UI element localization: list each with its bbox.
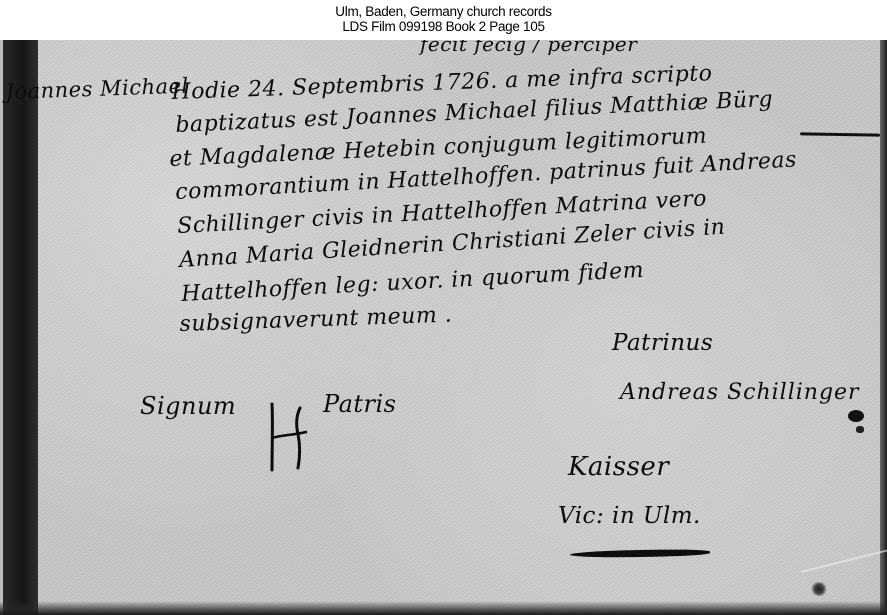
ink-smudge (810, 582, 828, 596)
surname-underline (800, 132, 880, 136)
patrinus-label: Patrinus (612, 330, 713, 356)
film-edge-left (2, 40, 38, 615)
closing-flourish (570, 549, 710, 558)
priest-title: Vic: in Ulm. (558, 503, 701, 529)
record-line-8: subsignaverunt meum . (179, 302, 452, 337)
scanned-register-page: Joannes Michael fecit fecig / perciper H… (0, 40, 887, 615)
film-edge-bottom (0, 601, 887, 615)
paper-crease (801, 549, 887, 573)
caption-film-reference: LDS Film 099198 Book 2 Page 105 (0, 19, 887, 34)
caption-title: Ulm, Baden, Germany church records (0, 4, 887, 19)
ink-blot (856, 426, 864, 433)
ink-blot (848, 410, 864, 422)
margin-child-name: Joannes Michael (5, 74, 189, 104)
page: Ulm, Baden, Germany church records LDS F… (0, 0, 887, 615)
priest-signature: Kaisser (568, 452, 669, 482)
film-edge-right (880, 40, 887, 615)
record-line-previous-entry: fecit fecig / perciper (420, 40, 637, 56)
father-cross-mark-icon (266, 402, 310, 472)
godfather-signature: Andreas Schillinger (620, 380, 860, 405)
patris-label: Patris (323, 390, 397, 418)
document-caption: Ulm, Baden, Germany church records LDS F… (0, 0, 887, 40)
signum-label: Signum (140, 392, 236, 420)
